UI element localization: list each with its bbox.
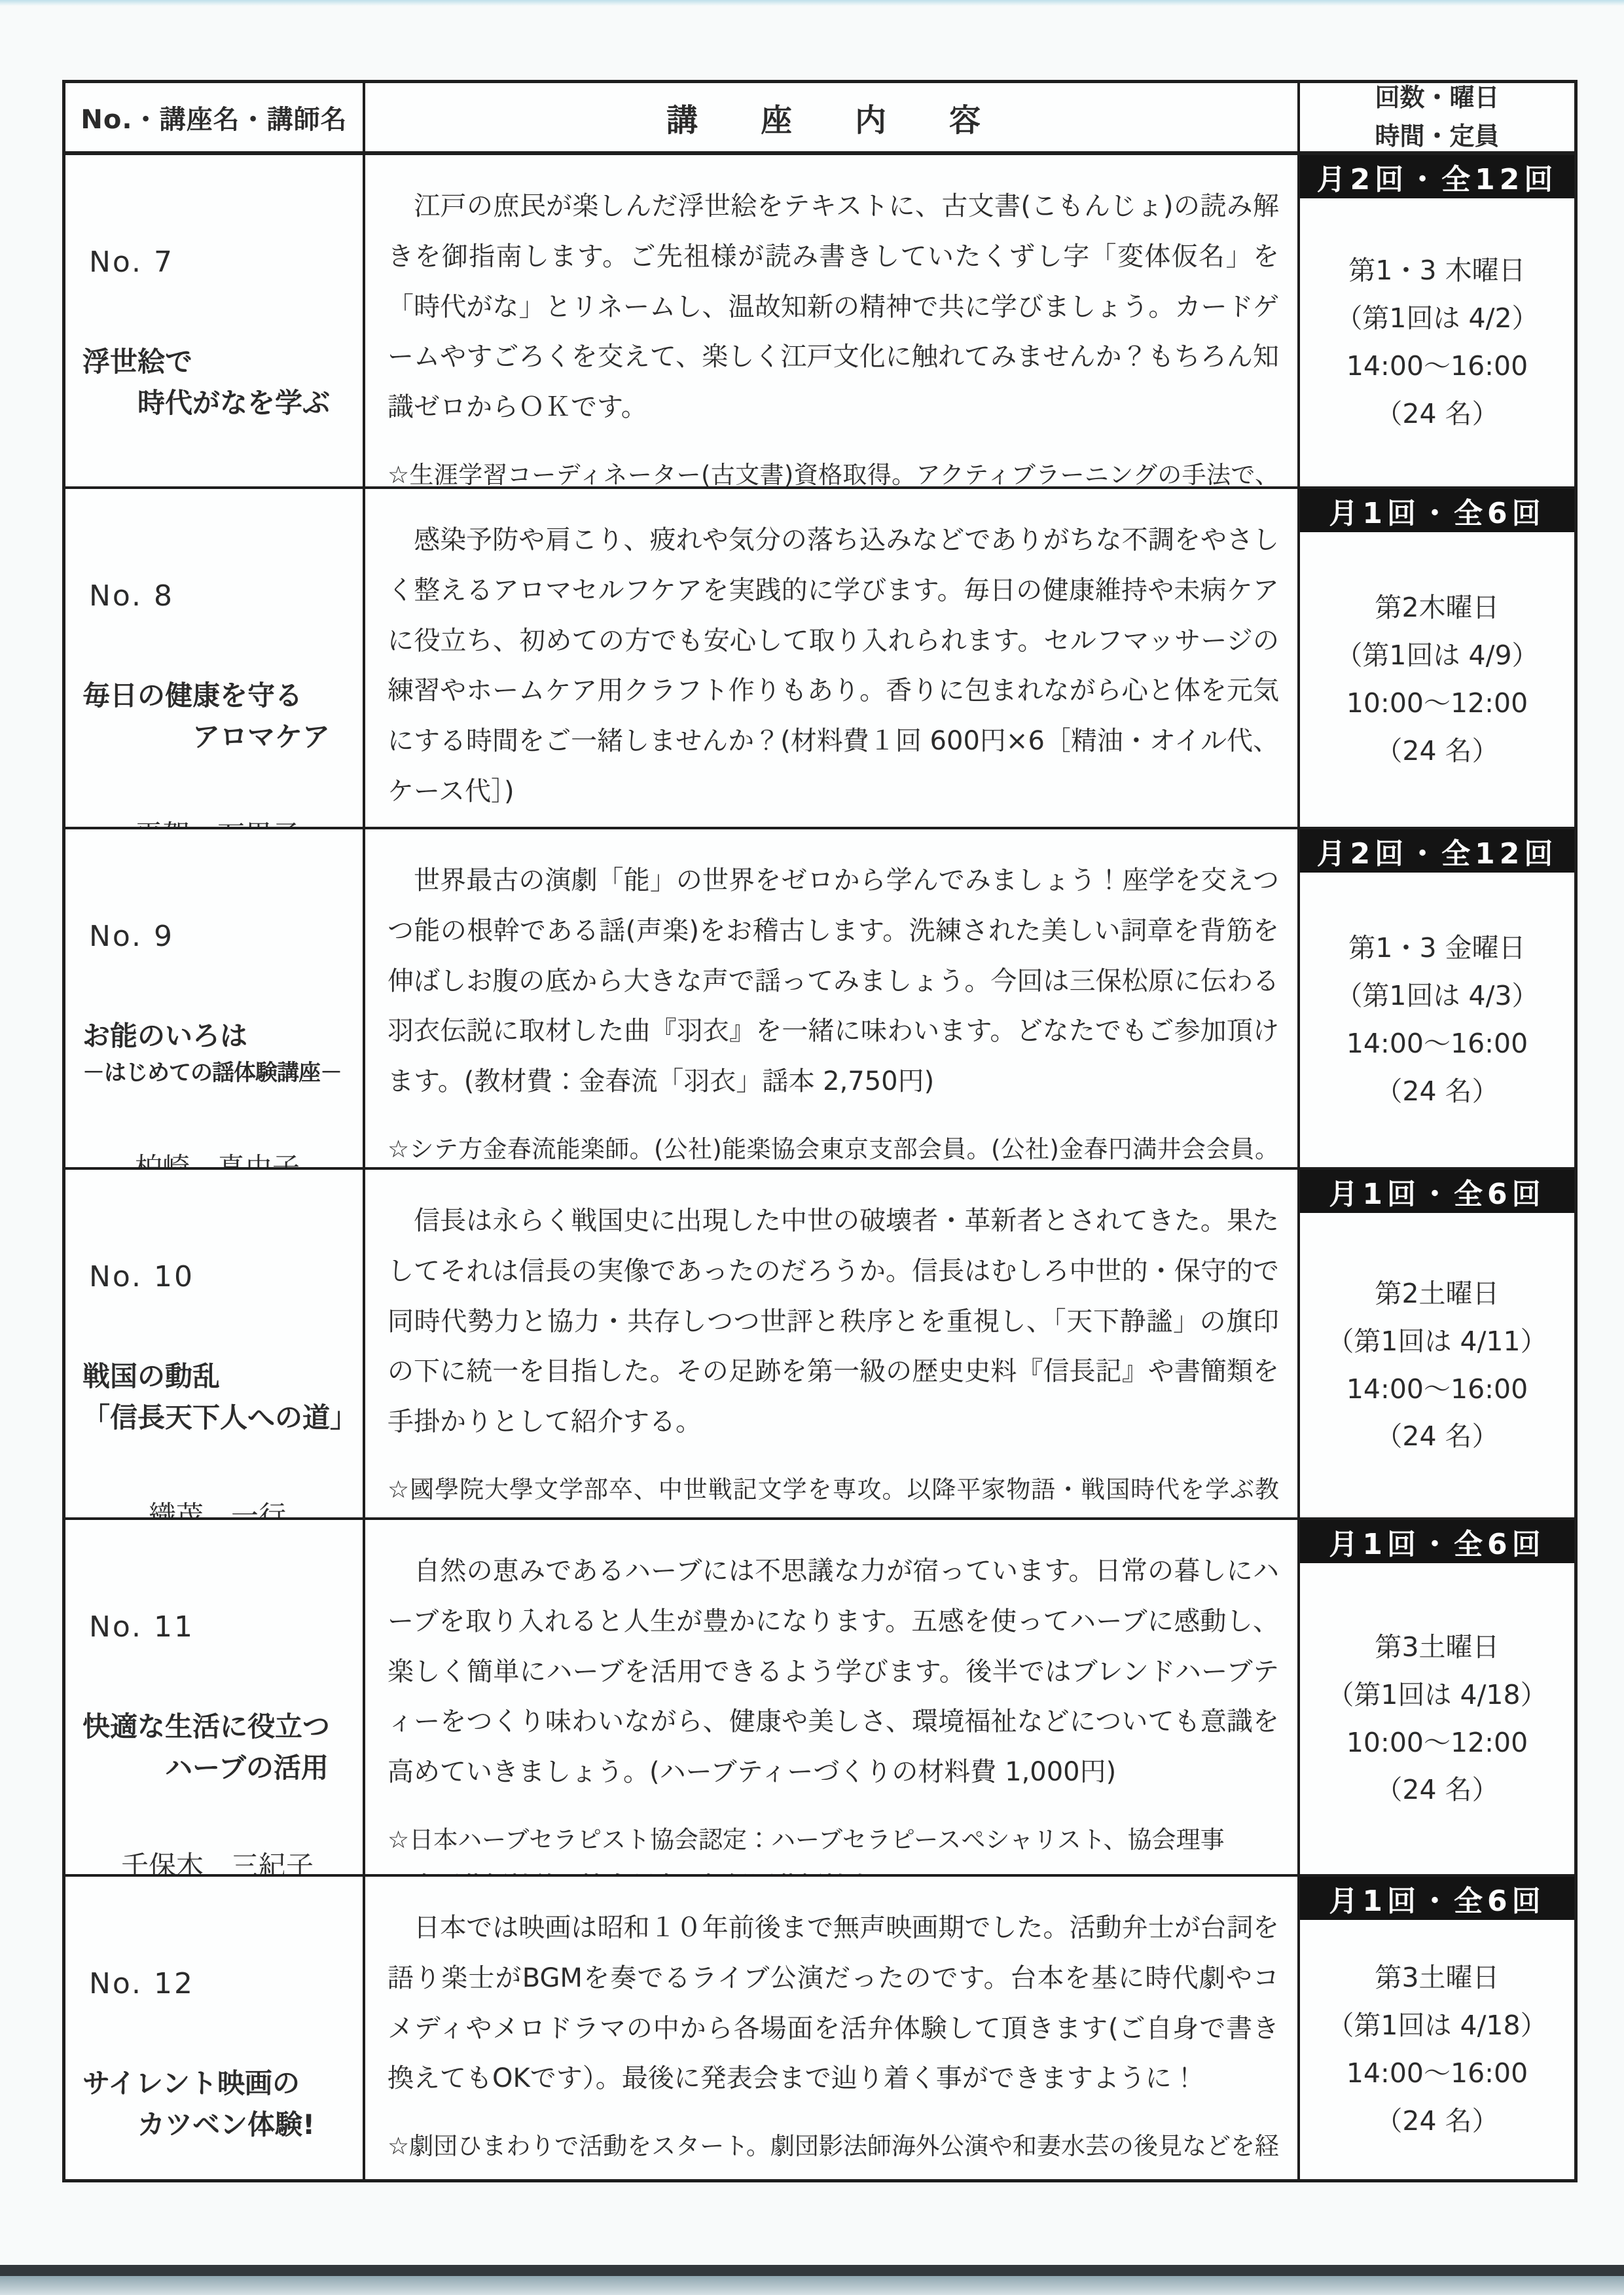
course-schedule-cell: 月1回・全6回 第3土曜日（第1回は 4/18）10:00～12:00（24 名…	[1300, 1520, 1574, 1877]
scan-artifact-bottom-band	[0, 2276, 1624, 2295]
course-title: サイレント映画の カツベン体験!	[82, 2063, 352, 2145]
instructor-name: 千保木 三紀子	[82, 1844, 352, 1877]
schedule-badge: 月1回・全6回	[1300, 1520, 1574, 1563]
course-title: 戦国の動乱「信長天下人への道」	[82, 1356, 352, 1438]
instructor-name: 野原 優子	[82, 479, 352, 489]
header-col-number-name: No.・講座名・講師名	[65, 83, 365, 155]
instructor-name: 柏崎 真由子	[82, 1146, 352, 1170]
course-number: No. 8	[89, 579, 352, 613]
header-schedule-line1: 回数・曜日	[1375, 83, 1499, 117]
schedule-badge: 月1回・全6回	[1300, 1170, 1574, 1213]
schedule-details: 第2土曜日（第1回は 4/11）14:00～16:00（24 名）	[1300, 1270, 1574, 1461]
course-description: 江戸の庶民が楽しんだ浮世絵をテキストに、古文書(こもんじょ)の読み解きを御指南し…	[388, 181, 1279, 433]
course-content-cell: 自然の恵みであるハーブには不思議な力が宿っています。日常の暮しにハーブを取り入れ…	[365, 1520, 1300, 1877]
course-schedule-cell: 月1回・全6回 第3土曜日（第1回は 4/18）14:00～16:00（24 名…	[1300, 1877, 1574, 2179]
course-number: No. 11	[89, 1610, 352, 1644]
scanned-course-catalog-page: No.・講座名・講師名 講 座 内 容 回数・曜日 時間・定員 No. 7 浮世…	[0, 0, 1624, 2295]
course-schedule-cell: 月1回・全6回 第2木曜日（第1回は 4/9）10:00～12:00（24 名）	[1300, 489, 1574, 829]
course-content-cell: 江戸の庶民が楽しんだ浮世絵をテキストに、古文書(こもんじょ)の読み解きを御指南し…	[365, 155, 1300, 489]
instructor-bio: ☆シテ方金春流能楽師。(公社)能楽協会東京支部会員。(公社)金春円満井会会員。8…	[388, 1107, 1279, 1170]
instructor-bio: ☆生涯学習コーディネーター(古文書)資格取得。アクティブラーニングの手法で、現代…	[388, 433, 1279, 489]
course-description: 日本では映画は昭和１０年前後まで無声映画期でした。活動弁士が台詞を語り楽士がBG…	[388, 1903, 1279, 2104]
course-description: 世界最古の演劇「能」の世界をゼロから学んでみましょう！座学を交えつつ能の根幹であ…	[388, 856, 1279, 1107]
course-title: お能のいろは－はじめての謡体験講座－	[82, 1015, 352, 1090]
course-content-cell: 世界最古の演劇「能」の世界をゼロから学んでみましょう！座学を交えつつ能の根幹であ…	[365, 829, 1300, 1170]
course-title: 快適な生活に役立つ ハーブの活用	[82, 1706, 352, 1788]
course-description: 信長は永らく戦国史に出現した中世の破壊者・革新者とされてきた。果たしてそれは信長…	[388, 1196, 1279, 1447]
course-id-cell: No. 10 戦国の動乱「信長天下人への道」 織茂 一行	[65, 1170, 365, 1520]
header-schedule-line2: 時間・定員	[1375, 117, 1499, 155]
course-title: 浮世絵で 時代がなを学ぶ	[82, 341, 352, 424]
schedule-badge: 月1回・全6回	[1300, 1877, 1574, 1920]
course-content-cell: 信長は永らく戦国史に出現した中世の破壊者・革新者とされてきた。果たしてそれは信長…	[365, 1170, 1300, 1520]
course-number: No. 10	[89, 1260, 352, 1293]
schedule-details: 第2木曜日（第1回は 4/9）10:00～12:00（24 名）	[1300, 584, 1574, 775]
course-id-cell: No. 12 サイレント映画の カツベン体験! 縁寿(斎藤 裕子)	[65, 1877, 365, 2179]
schedule-badge: 月2回・全12回	[1300, 829, 1574, 873]
header-col-schedule: 回数・曜日 時間・定員	[1300, 83, 1574, 155]
schedule-details: 第1・3 木曜日（第1回は 4/2）14:00～16:00（24 名）	[1300, 247, 1574, 438]
course-number: No. 9	[89, 920, 352, 953]
schedule-details: 第1・3 金曜日（第1回は 4/3）14:00～16:00（24 名）	[1300, 924, 1574, 1115]
schedule-badge: 月1回・全6回	[1300, 489, 1574, 532]
course-schedule-cell: 月2回・全12回 第1・3 木曜日（第1回は 4/2）14:00～16:00（2…	[1300, 155, 1574, 489]
instructor-bio: ☆英国IFPA認定ホリスティックアロマセラピスト。セラピスト歴22年。臨床経験に…	[388, 817, 1279, 829]
course-id-cell: No. 11 快適な生活に役立つ ハーブの活用 千保木 三紀子	[65, 1520, 365, 1877]
instructor-name: 織茂 一行	[82, 1494, 352, 1520]
instructor-bio: ☆日本ハーブセラピスト協会認定：ハーブセラピースペシャリスト、協会理事日本園芸福…	[388, 1798, 1279, 1877]
course-schedule-cell: 月2回・全12回 第1・3 金曜日（第1回は 4/3）14:00～16:00（2…	[1300, 829, 1574, 1170]
course-number: No. 7	[89, 245, 352, 279]
course-content-cell: 日本では映画は昭和１０年前後まで無声映画期でした。活動弁士が台詞を語り楽士がBG…	[365, 1877, 1300, 2179]
schedule-details: 第3土曜日（第1回は 4/18）14:00～16:00（24 名）	[1300, 1954, 1574, 2145]
header-col-content: 講 座 内 容	[365, 83, 1300, 155]
instructor-bio: ☆劇団ひまわりで活動をスタート。劇団影法師海外公演や和妻水芸の後見などを経て20…	[388, 2104, 1279, 2179]
course-id-cell: No. 9 お能のいろは－はじめての謡体験講座－ 柏崎 真由子	[65, 829, 365, 1170]
instructor-name: 平賀 万里子	[82, 813, 352, 829]
course-number: No. 12	[89, 1967, 352, 2000]
instructor-bio: ☆國學院大學文学部卒、中世戦記文学を専攻。以降平家物語・戦国時代を学ぶ教室を主宰…	[388, 1447, 1279, 1520]
course-description: 感染予防や肩こり、疲れや気分の落ち込みなどでありがちな不調をやさしく整えるアロマ…	[388, 515, 1279, 817]
course-table: No.・講座名・講師名 講 座 内 容 回数・曜日 時間・定員 No. 7 浮世…	[62, 80, 1578, 2182]
course-schedule-cell: 月1回・全6回 第2土曜日（第1回は 4/11）14:00～16:00（24 名…	[1300, 1170, 1574, 1520]
schedule-details: 第3土曜日（第1回は 4/18）10:00～12:00（24 名）	[1300, 1623, 1574, 1815]
scan-artifact-bottom-line	[0, 2265, 1624, 2276]
scan-artifact-top	[0, 0, 1624, 6]
course-id-cell: No. 8 毎日の健康を守る アロマケア 平賀 万里子	[65, 489, 365, 829]
schedule-badge: 月2回・全12回	[1300, 155, 1574, 198]
course-content-cell: 感染予防や肩こり、疲れや気分の落ち込みなどでありがちな不調をやさしく整えるアロマ…	[365, 489, 1300, 829]
course-id-cell: No. 7 浮世絵で 時代がなを学ぶ 野原 優子	[65, 155, 365, 489]
course-title: 毎日の健康を守る アロマケア	[82, 675, 352, 757]
course-description: 自然の恵みであるハーブには不思議な力が宿っています。日常の暮しにハーブを取り入れ…	[388, 1546, 1279, 1798]
